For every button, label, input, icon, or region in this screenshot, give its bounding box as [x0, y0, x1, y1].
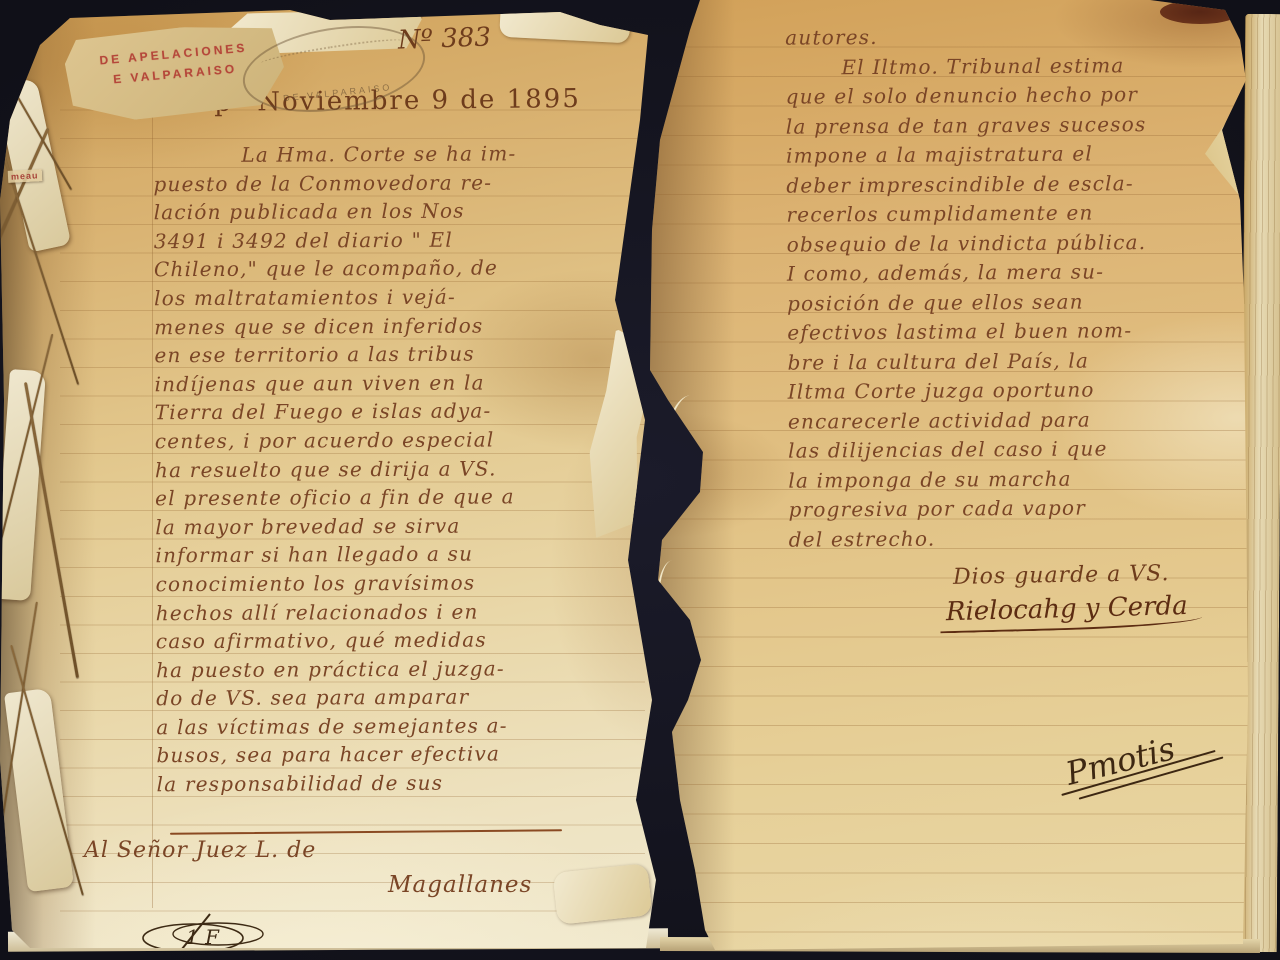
manuscript-line: posición de que ellos sean	[787, 286, 1257, 319]
torn-scrap	[553, 863, 653, 925]
manuscript-line: Tierra del Fuego e islas adya-	[155, 396, 630, 427]
valediction: Dios guarde a VS.	[953, 561, 1170, 590]
manuscript-line: Chileno," que le acompaño, de	[154, 253, 629, 284]
manuscript-line: las dilijencias del caso i que	[788, 433, 1258, 466]
torn-flap	[499, 3, 631, 44]
manuscript-line: los maltratamientos i vejá-	[154, 282, 629, 313]
manuscript-line: progresiva por cada vapor	[788, 492, 1258, 525]
spine-binding	[0, 0, 96, 948]
manuscript-line: busos, sea para hacer efectiva	[156, 739, 631, 770]
binding-scrap	[0, 369, 46, 601]
manuscript-line: impone a la majistratura el	[786, 138, 1256, 171]
manuscript-line: conocimiento los gravísimos	[156, 568, 631, 599]
manuscript-line: encarecerle actividad para	[788, 404, 1258, 437]
addressee-place: Magallanes	[388, 872, 532, 898]
manuscript-line: ha puesto en práctica el juzga-	[156, 653, 631, 684]
manuscript-line: caso afirmativo, qué medidas	[156, 625, 631, 656]
manuscript-line: la prensa de tan graves sucesos	[786, 109, 1256, 142]
manuscript-photo: autores. El Iltmo. Tribunal estima que e…	[0, 0, 1280, 960]
manuscript-line: menes que se dicen inferidos	[154, 310, 629, 341]
addressee-line: Al Señor Juez L. de	[84, 838, 316, 863]
left-page-text: La Hma. Corte se ha im- puesto de la Con…	[153, 139, 631, 799]
manuscript-line: en ese territorio a las tribus	[154, 339, 629, 370]
manuscript-line: efectivos lastima el buen nom-	[787, 315, 1257, 348]
manuscript-line: indíjenas que aun viven en la	[154, 368, 629, 399]
left-page: Nº 383 Valpº Noviembre 9 de 1895 La Hma.…	[0, 0, 662, 948]
manuscript-line: la responsabilidad de sus	[157, 768, 632, 799]
manuscript-line: el presente oficio a fin de que a	[155, 482, 630, 513]
manuscript-line: El Iltmo. Tribunal estima	[785, 50, 1255, 83]
manuscript-line: deber imprescindible de escla-	[786, 168, 1256, 201]
flourish-text: 1 F	[186, 925, 220, 949]
binding-scrap	[0, 77, 71, 252]
binding-scrap	[4, 688, 74, 892]
manuscript-line: obsequio de la vindicta pública.	[787, 227, 1257, 260]
manuscript-line: centes, i por acuerdo especial	[155, 425, 630, 456]
manuscript-line: recerlos cumplidamente en	[786, 197, 1256, 230]
manuscript-line: bre i la cultura del País, la	[787, 345, 1257, 378]
spine-label-fragment: meau	[8, 169, 42, 183]
manuscript-line: que el solo denuncio hecho por	[786, 79, 1256, 112]
manuscript-line: I como, además, la mera su-	[787, 256, 1257, 289]
manuscript-line: 3491 i 3492 del diario " El	[154, 225, 629, 256]
manuscript-line: hechos allí relacionados i en	[156, 596, 631, 627]
manuscript-line: a las víctimas de semejantes a-	[156, 711, 631, 742]
manuscript-line: do de VS. sea para amparar	[156, 682, 631, 713]
manuscript-line: autores.	[785, 20, 1255, 53]
manuscript-line: Iltma Corte juzga oportuno	[788, 374, 1258, 407]
right-page-text: autores. El Iltmo. Tribunal estima que e…	[785, 20, 1259, 554]
manuscript-line: lación publicada en los Nos	[154, 196, 629, 227]
manuscript-line: la imponga de su marcha	[788, 463, 1258, 496]
manuscript-line: informar si han llegado a su	[155, 539, 630, 570]
manuscript-line: del estrecho.	[789, 522, 1259, 555]
right-page: autores. El Iltmo. Tribunal estima que e…	[645, 0, 1255, 950]
manuscript-line: la mayor brevedad se sirva	[155, 510, 630, 541]
notary-flourish: 1 F	[138, 912, 288, 960]
manuscript-line: ha resuelto que se dirija a VS.	[155, 453, 630, 484]
manuscript-line: La Hma. Corte se ha im-	[153, 139, 628, 170]
manuscript-line: puesto de la Conmovedora re-	[153, 167, 628, 198]
